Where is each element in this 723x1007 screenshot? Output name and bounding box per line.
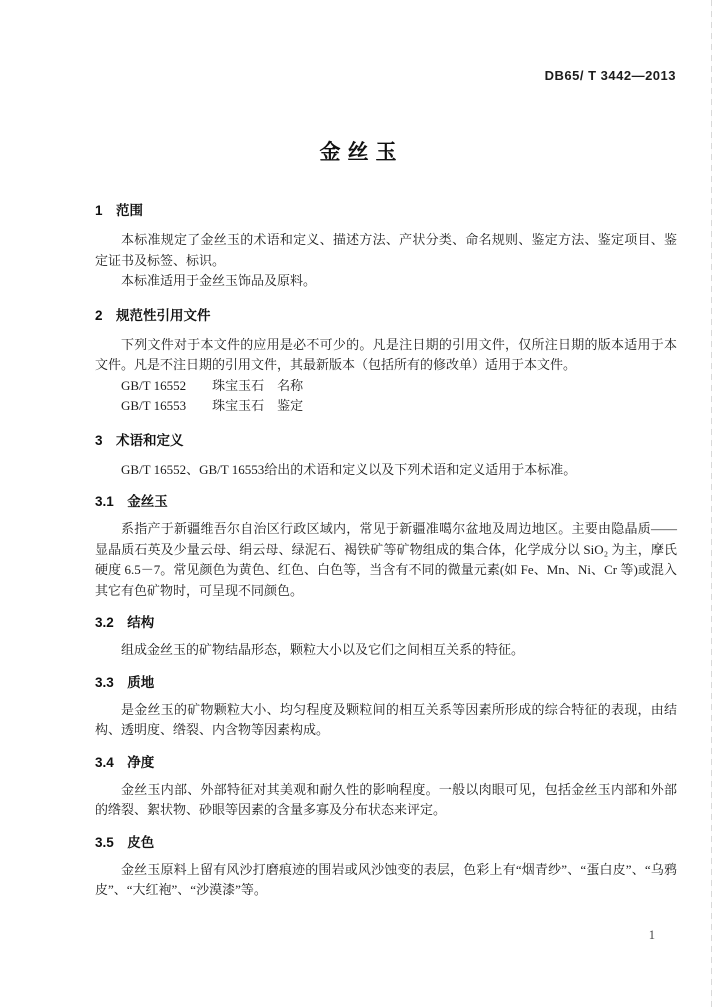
term-heading-structure: 3.2 结构 [95,615,677,631]
standard-number: DB65/ T 3442—2013 [545,68,676,83]
section-heading-scope: 1 范围 [95,203,677,219]
paragraph: 是金丝玉的矿物颗粒大小、均匀程度及颗粒间的相互关系等因素所形成的综合特征的表现，… [95,700,677,741]
term-jinsiyu: 3.1 金丝玉 系指产于新疆维吾尔自治区行政区域内，常见于新疆准噶尔盆地及周边地… [95,494,677,601]
term-texture: 3.3 质地 是金丝玉的矿物颗粒大小、均匀程度及颗粒间的相互关系等因素所形成的综… [95,675,677,741]
term-heading-jinsiyu: 3.1 金丝玉 [95,494,677,510]
page-number: 1 [649,928,655,943]
reference-item: GB/T 16552 珠宝玉石 名称 [95,376,677,397]
term-clarity: 3.4 净度 金丝玉内部、外部特征对其美观和耐久性的影响程度。一般以肉眼可见，包… [95,755,677,821]
section-heading-normative-references: 2 规范性引用文件 [95,308,677,324]
section-normative-references: 2 规范性引用文件 下列文件对于本文件的应用是必不可少的。凡是注日期的引用文件，… [95,308,677,417]
paragraph: GB/T 16552、GB/T 16553给出的术语和定义以及下列术语和定义适用… [95,460,677,481]
section-scope: 1 范围 本标准规定了金丝玉的术语和定义、描述方法、产状分类、命名规则、鉴定方法… [95,203,677,292]
paragraph: 金丝玉原料上留有风沙打磨痕迹的围岩或风沙蚀变的表层，色彩上有“烟青纱”、“蛋白皮… [95,860,677,901]
document-body: 1 范围 本标准规定了金丝玉的术语和定义、描述方法、产状分类、命名规则、鉴定方法… [95,196,677,901]
reference-item: GB/T 16553 珠宝玉石 鉴定 [95,396,677,417]
paragraph: 下列文件对于本文件的应用是必不可少的。凡是注日期的引用文件，仅所注日期的版本适用… [95,335,677,376]
term-skin-color: 3.5 皮色 金丝玉原料上留有风沙打磨痕迹的围岩或风沙蚀变的表层，色彩上有“烟青… [95,835,677,901]
document-title: 金丝玉 [0,136,723,166]
term-heading-texture: 3.3 质地 [95,675,677,691]
term-heading-skin-color: 3.5 皮色 [95,835,677,851]
paragraph: 系指产于新疆维吾尔自治区行政区域内，常见于新疆准噶尔盆地及周边地区。主要由隐晶质… [95,519,677,601]
document-page: DB65/ T 3442—2013 金丝玉 1 范围 本标准规定了金丝玉的术语和… [0,0,723,1007]
section-heading-terms: 3 术语和定义 [95,433,677,449]
section-terms-definitions: 3 术语和定义 GB/T 16552、GB/T 16553给出的术语和定义以及下… [95,433,677,481]
paragraph: 本标准适用于金丝玉饰品及原料。 [95,271,677,292]
term-structure: 3.2 结构 组成金丝玉的矿物结晶形态，颗粒大小以及它们之间相互关系的特征。 [95,615,677,661]
paragraph: 金丝玉内部、外部特征对其美观和耐久性的影响程度。一般以肉眼可见，包括金丝玉内部和… [95,780,677,821]
scan-artifact-line [711,0,712,1007]
paragraph: 本标准规定了金丝玉的术语和定义、描述方法、产状分类、命名规则、鉴定方法、鉴定项目… [95,230,677,271]
paragraph: 组成金丝玉的矿物结晶形态，颗粒大小以及它们之间相互关系的特征。 [95,640,677,661]
term-heading-clarity: 3.4 净度 [95,755,677,771]
